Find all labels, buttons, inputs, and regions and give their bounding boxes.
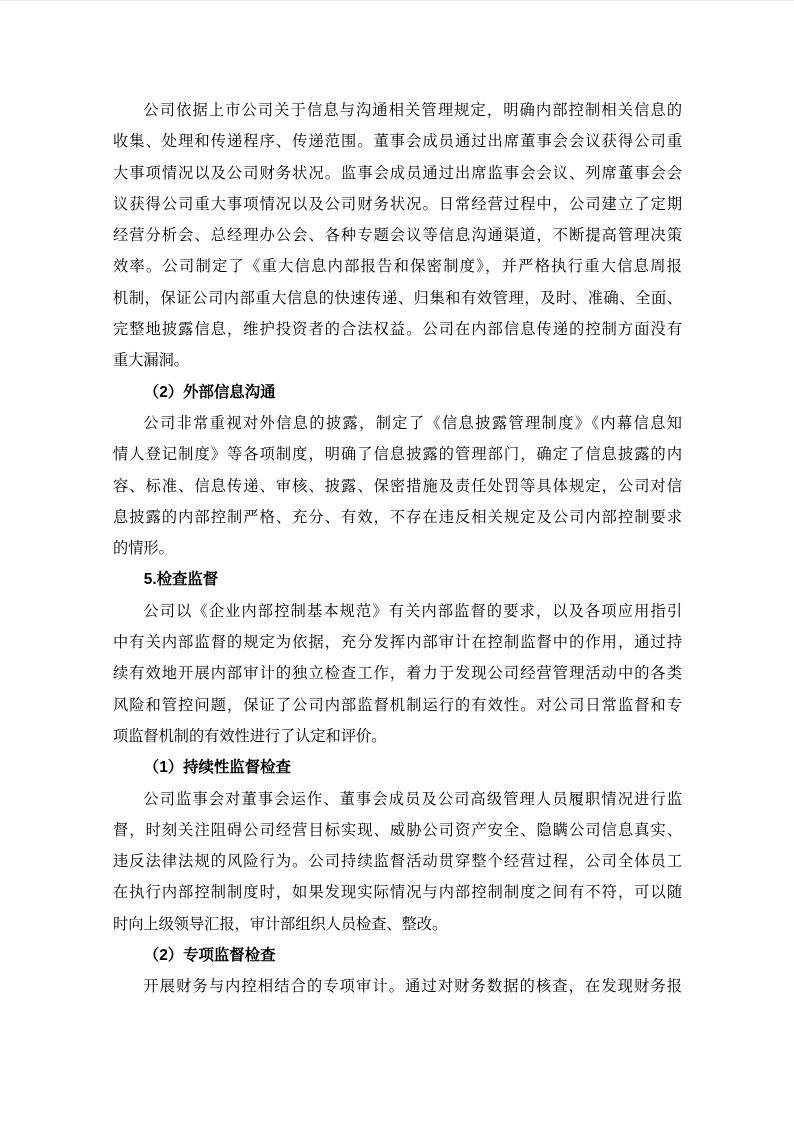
text-line: 公司以《企业内部控制基本规范》有关内部监督的要求，以及各项应用指引 [113, 596, 682, 627]
text-line: 效率。公司制定了《重大信息内部报告和保密制度》，并严格执行重大信息周报 [113, 251, 682, 282]
text-line: 大事项情况以及公司财务状况。监事会成员通过出席监事会会议、列席董事会会 [113, 158, 682, 189]
text-line: 经营分析会、总经理办公会、各种专题会议等信息沟通渠道，不断提高管理决策 [113, 220, 682, 251]
paragraph: 公司非常重视对外信息的披露，制定了《信息披露管理制度》《内幕信息知情人登记制度》… [113, 408, 682, 564]
text-line: 机制，保证公司内部重大信息的快速传递、归集和有效管理，及时、准确、全面、 [113, 283, 682, 314]
section-heading: （1）持续性监督检查 [113, 752, 682, 783]
section-heading: （2）专项监督检查 [113, 940, 682, 971]
text-line: 公司非常重视对外信息的披露，制定了《信息披露管理制度》《内幕信息知 [113, 408, 682, 439]
paragraph: 公司监事会对董事会运作、董事会成员及公司高级管理人员履职情况进行监督，时刻关注阻… [113, 784, 682, 940]
text-line: 息披露的内部控制严格、充分、有效，不存在违反相关规定及公司内部控制要求 [113, 502, 682, 533]
document-page: 公司依据上市公司关于信息与沟通相关管理规定，明确内部控制相关信息的收集、处理和传… [0, 0, 794, 1122]
section-heading: （2）外部信息沟通 [113, 377, 682, 408]
text-line: 收集、处理和传递程序、传递范围。董事会成员通过出席董事会会议获得公司重 [113, 126, 682, 157]
text-line: 公司监事会对董事会运作、董事会成员及公司高级管理人员履职情况进行监 [113, 784, 682, 815]
text-line: 公司依据上市公司关于信息与沟通相关管理规定，明确内部控制相关信息的 [113, 95, 682, 126]
text-line: 情人登记制度》等各项制度，明确了信息披露的管理部门，确定了信息披露的内 [113, 439, 682, 470]
document-content: 公司依据上市公司关于信息与沟通相关管理规定，明确内部控制相关信息的收集、处理和传… [113, 95, 682, 1003]
paragraph: 公司以《企业内部控制基本规范》有关内部监督的要求，以及各项应用指引中有关内部监督… [113, 596, 682, 752]
text-line: 重大漏洞。 [113, 345, 682, 376]
text-line: 在执行内部控制制度时，如果发现实际情况与内部控制制度之间有不符，可以随 [113, 877, 682, 908]
text-line: 的情形。 [113, 533, 682, 564]
text-line: 容、标准、信息传递、审核、披露、保密措施及责任处罚等具体规定，公司对信 [113, 471, 682, 502]
paragraph: 公司依据上市公司关于信息与沟通相关管理规定，明确内部控制相关信息的收集、处理和传… [113, 95, 682, 377]
text-line: 续有效地开展内部审计的独立检查工作，着力于发现公司经营管理活动中的各类 [113, 658, 682, 689]
text-line: 时向上级领导汇报，审计部组织人员检查、整改。 [113, 909, 682, 940]
text-line: 风险和管控问题，保证了公司内部监督机制运行的有效性。对公司日常监督和专 [113, 690, 682, 721]
section-heading: 5.检查监督 [113, 564, 682, 595]
text-line: 议获得公司重大事项情况以及公司财务状况。日常经营过程中，公司建立了定期 [113, 189, 682, 220]
text-line: 项监督机制的有效性进行了认定和评价。 [113, 721, 682, 752]
text-line: 完整地披露信息，维护投资者的合法权益。公司在内部信息传递的控制方面没有 [113, 314, 682, 345]
text-line: 违反法律法规的风险行为。公司持续监督活动贯穿整个经营过程，公司全体员工 [113, 846, 682, 877]
text-line: 中有关内部监督的规定为依据，充分发挥内部审计在控制监督中的作用，通过持 [113, 627, 682, 658]
paragraph: 开展财务与内控相结合的专项审计。通过对财务数据的核查，在发现财务报 [113, 971, 682, 1002]
text-line: 督，时刻关注阻碍公司经营目标实现、威胁公司资产安全、隐瞒公司信息真实、 [113, 815, 682, 846]
text-line: 开展财务与内控相结合的专项审计。通过对财务数据的核查，在发现财务报 [113, 971, 682, 1002]
